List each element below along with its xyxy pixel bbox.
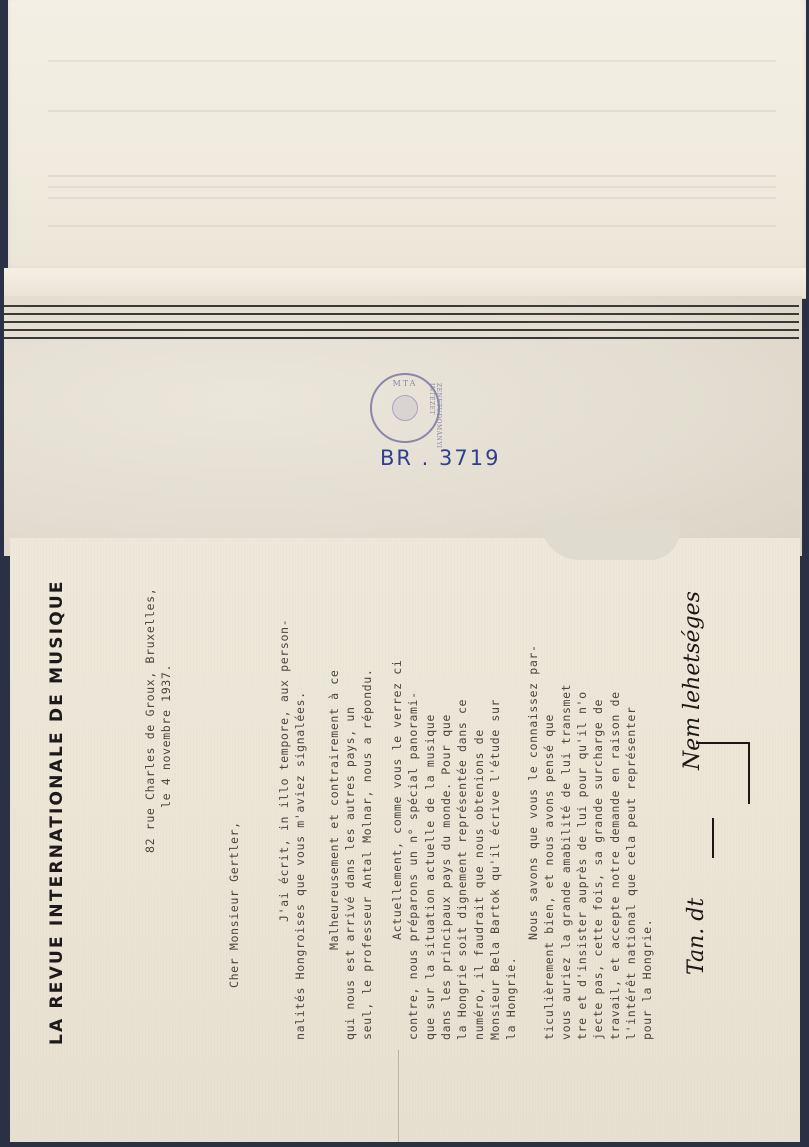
letter-line: la Hongrie. [503, 957, 519, 1040]
letter-line: Malheureusement et contrairement à ce [326, 670, 342, 950]
letterhead: LA REVUE INTERNATIONALE DE MUSIQUE [47, 579, 67, 1045]
letter-line: tre et d'insister auprès de lui pour qu'… [574, 691, 590, 1040]
letter-line: l'intérêt national que cela peut représe… [623, 706, 639, 1040]
fold-crease [398, 1050, 399, 1142]
letter-line: nalités Hongroises que vous m'aviez sign… [292, 691, 308, 1040]
staff-line [4, 337, 799, 339]
letter-line: vous auriez la grande amabilité de lui t… [558, 684, 574, 1040]
show-through-line [48, 175, 776, 177]
staff-line [4, 329, 799, 331]
show-through-line [48, 225, 776, 227]
letter-line: J'ai écrit, in illo tempore, aux person- [276, 619, 292, 922]
staff-line [4, 305, 799, 307]
signature-stroke [696, 742, 750, 744]
letter-line: travail, et accepte notre demande en rai… [607, 691, 623, 1040]
show-through-line [48, 197, 776, 199]
library-stamp: MTA ZENETUDOMÁNYI INTÉZET [370, 373, 440, 443]
shelfmark: BR . 3719 [380, 446, 500, 470]
letter-line: seul, le professeur Antal Molnar, nous a… [359, 669, 375, 1040]
salutation: Cher Monsieur Gertler, [226, 821, 242, 988]
signature-stroke [748, 742, 750, 804]
letter-line: dans les principaux pays du monde. Pour … [438, 714, 454, 1040]
letter-line: qui nous est arrivé dans les autres pays… [342, 706, 358, 1040]
letter-line: ticulièrement bien, et nous avons pensé … [541, 714, 557, 1040]
letter-line: Nous savons que vous le connaissez par- [525, 644, 541, 940]
show-through-line [48, 186, 776, 188]
back-sheet-top [8, 0, 806, 272]
staff-line [4, 321, 799, 323]
letter-line: Monsieur Bela Bartok qu'il écrive l'étud… [487, 699, 503, 1040]
stamp-ring-text: ZENETUDOMÁNYI INTÉZET [428, 383, 442, 449]
date-line: le 4 novembre 1937. [158, 664, 174, 808]
show-through-line [48, 60, 776, 62]
signature-stroke [712, 818, 714, 858]
torn-edge [540, 520, 680, 560]
letter-line: que sur la situation actuelle de la musi… [422, 714, 438, 1040]
handwritten-initials: Tan. dt [684, 898, 709, 975]
letter-line: Actuellement, comme vous le verrez ci [389, 660, 405, 940]
staff-line [4, 313, 799, 315]
letter-line: jecte pas, cette fois, sa grande surchar… [590, 699, 606, 1040]
letter-line: numéro, il faudrait que nous obtenions d… [471, 729, 487, 1040]
show-through-line [48, 110, 776, 112]
coat-of-arms-icon [392, 395, 418, 421]
paper-fold-strip [4, 268, 806, 299]
address-line: 82 rue Charles de Groux, Bruxelles, [142, 588, 158, 853]
letter-line: contre, nous préparons un n° spécial pan… [405, 691, 421, 1040]
letter-line: la Hongrie soit dignement représentée da… [454, 699, 470, 1040]
letter-line: pour la Hongrie. [639, 919, 655, 1040]
